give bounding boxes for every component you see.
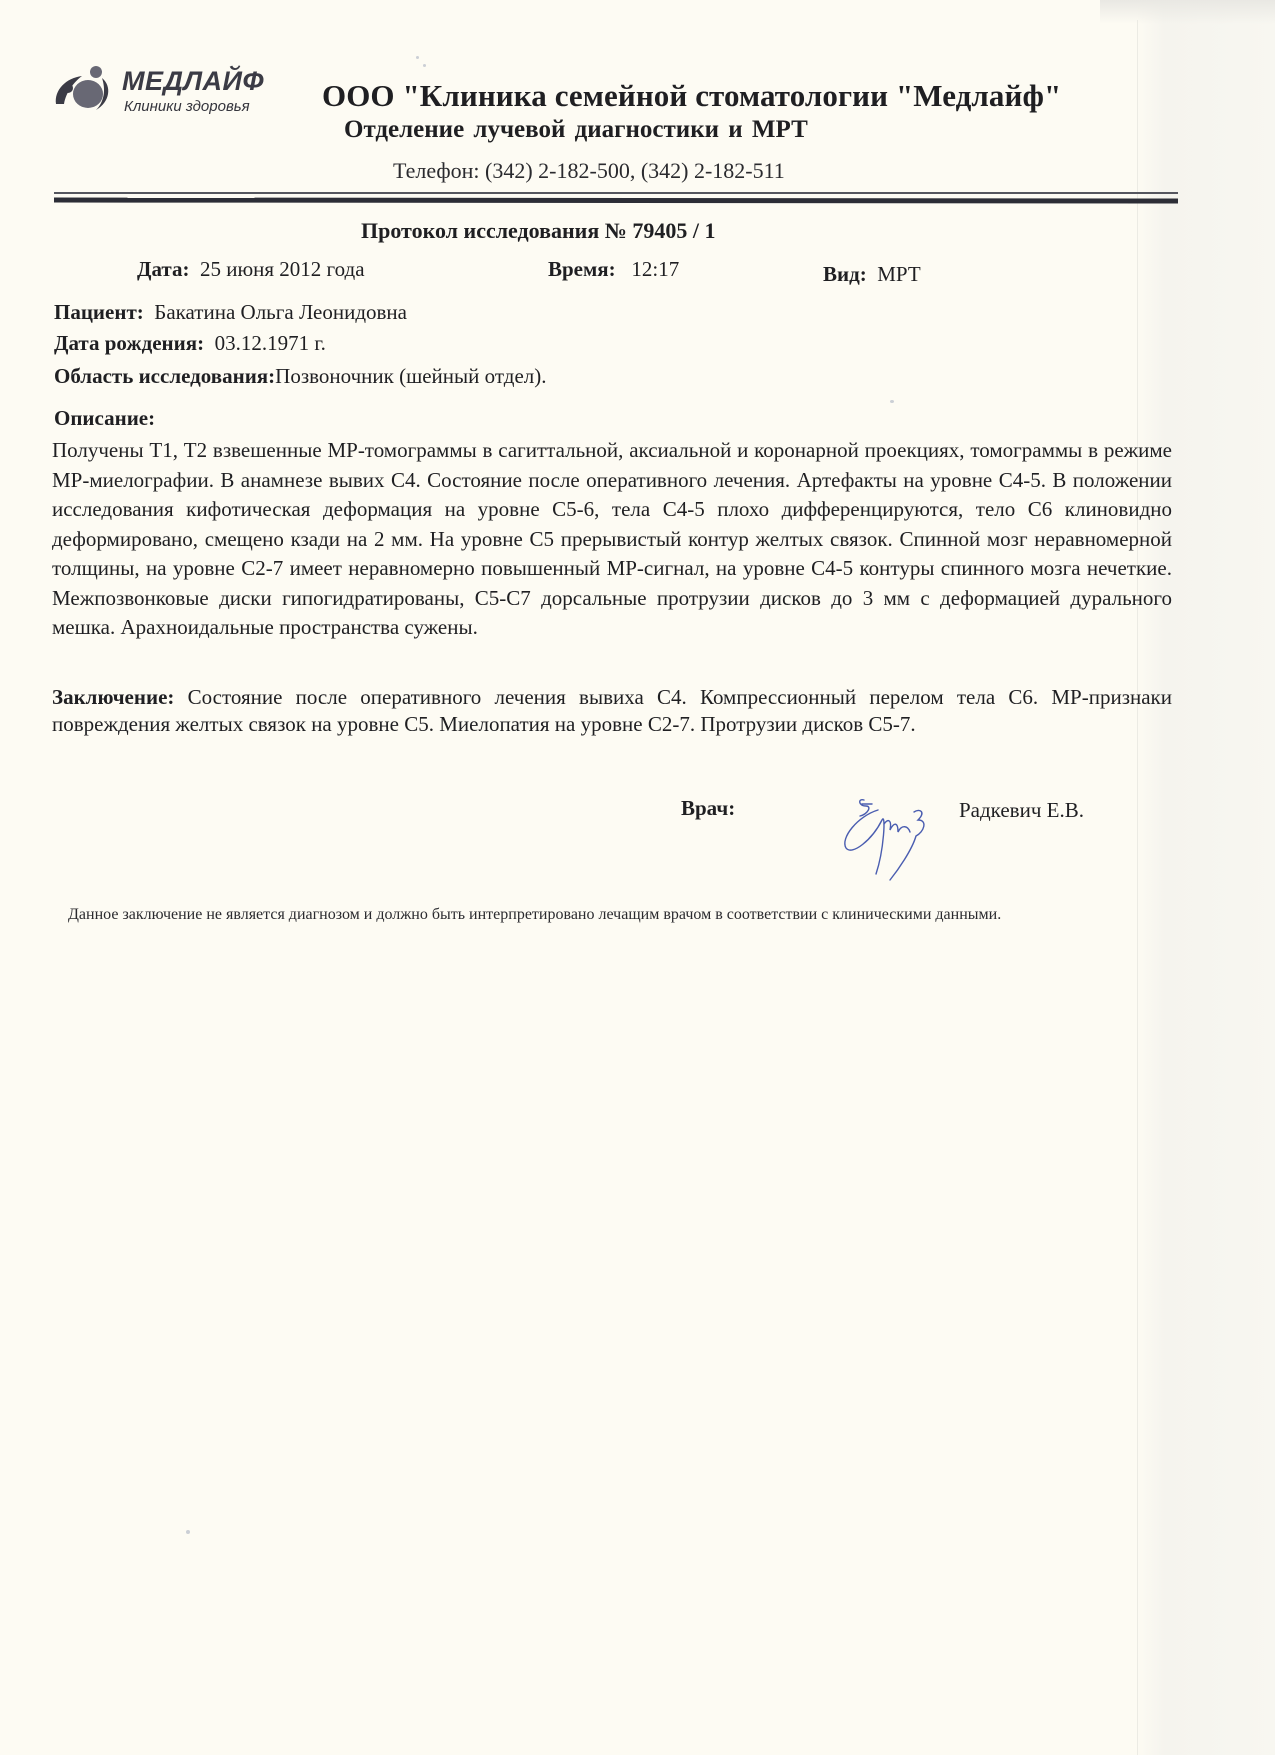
patient-name-value: Бакатина Ольга Леонидовна	[154, 300, 407, 324]
birth-date-label: Дата рождения:	[54, 331, 204, 355]
page-edge-shadow	[1137, 0, 1275, 1755]
exam-date-label: Дата:	[137, 257, 189, 281]
conclusion-label: Заключение:	[52, 685, 174, 709]
clinic-logo: МЕДЛАЙФ Клиники здоровья	[52, 62, 292, 122]
exam-area: Область исследования:Позвоночник (шейный…	[54, 364, 547, 389]
phone-numbers: Телефон: (342) 2-182-500, (342) 2-182-51…	[393, 158, 785, 184]
organization-name: ООО "Клиника семейной стоматологии "Медл…	[322, 78, 1061, 114]
exam-area-label: Область исследования:	[54, 364, 275, 388]
doctor-label: Врач:	[681, 796, 735, 821]
conclusion-text: Состояние после оперативного лечения выв…	[52, 685, 1172, 736]
exam-type-value: МРТ	[877, 262, 920, 286]
scan-speck	[416, 56, 419, 59]
scan-corner-shadow	[1100, 0, 1275, 24]
department-name: Отделение лучевой диагностики и МРТ	[344, 116, 808, 144]
description-heading: Описание:	[54, 406, 155, 431]
exam-date: Дата: 25 июня 2012 года	[137, 257, 365, 282]
scan-speck	[423, 64, 426, 67]
medlife-logo-icon	[52, 64, 114, 114]
patient-birth-date: Дата рождения: 03.12.1971 г.	[54, 331, 326, 356]
disclaimer: Данное заключение не является диагнозом …	[54, 904, 1114, 926]
patient-name: Пациент: Бакатина Ольга Леонидовна	[54, 300, 407, 325]
protocol-title: Протокол исследования № 79405 / 1	[361, 218, 715, 244]
scan-speck	[890, 400, 894, 403]
exam-type: Вид: МРТ	[823, 262, 921, 287]
exam-area-value: Позвоночник (шейный отдел).	[275, 364, 546, 388]
doctor-signature	[838, 790, 948, 885]
exam-time: Время: 12:17	[548, 257, 679, 282]
conclusion: Заключение: Состояние после оперативного…	[52, 684, 1172, 738]
exam-time-label: Время:	[548, 257, 616, 281]
scan-speck	[186, 1530, 190, 1534]
exam-time-value: 12:17	[631, 257, 679, 281]
patient-name-label: Пациент:	[54, 300, 144, 324]
doctor-name: Радкевич Е.В.	[959, 798, 1084, 823]
logo-tagline: Клиники здоровья	[124, 98, 250, 115]
birth-date-value: 03.12.1971 г.	[215, 331, 326, 355]
header-divider-thin	[54, 192, 1178, 194]
paper-fold-line	[1137, 20, 1138, 1755]
header-divider-thick	[54, 198, 1178, 204]
exam-date-value: 25 июня 2012 года	[200, 257, 365, 281]
logo-name: МЕДЛАЙФ	[122, 66, 264, 97]
exam-type-label: Вид:	[823, 262, 867, 286]
description-text: Получены Т1, Т2 взвешенные МР-томограммы…	[52, 436, 1172, 643]
